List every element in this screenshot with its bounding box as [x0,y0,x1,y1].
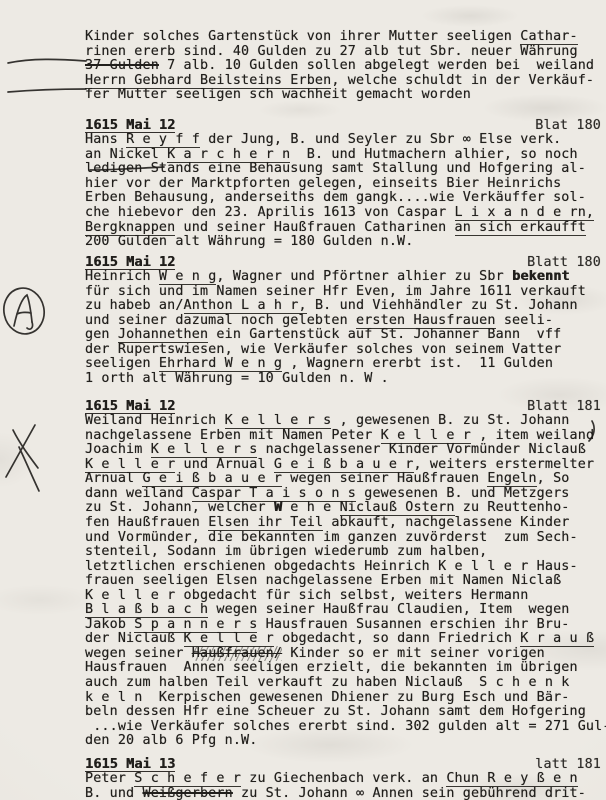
text-run: 37 Gulden [85,58,159,73]
text-line: den 20 alb 6 Pfg n.W. [85,734,601,749]
text-line: zu habeb an/Anthon L a h r, B. und Viehh… [85,299,601,314]
text-run: zu Giechenbach verk. an [241,771,446,786]
text-line: letztlichen erschienen obgedachts Heinri… [85,560,601,575]
text-run: , So [537,471,570,486]
text-line: frauen seeligen Elsen nachgelassene Erbe… [85,574,601,589]
text-run: der Rupertswiesen, wie Verkäufer solches… [85,342,561,357]
register-entry: 1615 Mai 13latt 181Peter S c h e f e r z… [85,758,601,800]
text-run: e h e [282,500,339,515]
text-line: Heinrich W e n g, Wagner und Pförtner al… [85,270,601,285]
text-line: 37 Gulden 7 alb. 10 Gulden sollen abgele… [85,59,601,74]
text-run: letztlichen erschienen obgedachts Heinri… [85,559,578,574]
text-run: Hans [85,132,126,147]
text-run: Kinder solches Gartenstück von ihrer Mut… [85,29,520,44]
text-line: fen Haußfrauen Elsen ihr Teil abkauft, n… [85,516,601,531]
text-run: Hausfrauen Annen seeligen erzielt, die b… [85,660,578,675]
text-run: W [274,500,282,515]
register-entry: 1615 Mai 12Blat 180Hans R e y f f der Ju… [85,119,601,250]
text-run: Peter [85,771,134,786]
document-body: Kinder solches Gartenstück von ihrer Mut… [85,30,601,800]
text-run: und seiner dazumal noch gelebten [85,313,356,328]
text-run: L i x a n d e rn, [455,205,595,221]
text-line: Kinder solches Gartenstück von ihrer Mut… [85,30,601,45]
text-run: sein gebührend drit- [414,786,586,800]
text-run: fer Mutter seeligen sch wachheit gemacht… [85,87,471,102]
entry-date: 1615 Mai 12 [85,400,175,415]
text-run: k e l n Kerpischen gewesenen Dhiener zu … [85,690,570,705]
text-line: stenteil, Sodann im übrigen wiederumb zu… [85,545,601,560]
text-line: B l a ß b a c h wegen seiner Haußfrau Cl… [85,603,601,618]
text-run: Hausfrauen Susannen erschien ihr Bru- [257,617,569,632]
text-run: dann weiland [85,486,192,501]
text-run: bekennt [512,269,569,284]
register-entries: 1615 Mai 12Blat 180Hans R e y f f der Ju… [85,119,601,800]
text-run: che hiebevor den 23. Aprilis 1613 von Ca… [85,205,455,220]
text-run: Erben Behausung, anderseiths dem gangk..… [85,190,586,205]
text-run: B. und Viehhändler zu St. Johann [307,298,578,313]
text-run: für sich und im Namen seiner Hfr Even, i… [85,284,586,299]
text-run: ein Gartenstück auf St. Johanner Bann vf… [208,327,561,342]
text-line: Herrn Gebhard Beilsteins Erben, welche s… [85,74,601,89]
text-line: 200 Gulden alt Währung = 180 Gulden n.W. [85,235,601,250]
text-run: , welche schuldt in der Verkäuf- [331,73,594,88]
text-run: hier vor der Marktpforten gelegen, einse… [85,176,561,191]
text-line: Hans R e y f f der Jung, B. und Seyler z… [85,133,601,148]
text-run: stenteil, Sodann im übrigen wiederumb zu… [85,544,487,559]
text-run: K e l l e r [184,631,274,647]
register-entry: 1615 Mai 12Blatt 181Weiland Heinrich K e… [85,400,601,749]
text-run: Weiland Heinrich [85,413,225,428]
text-line: seeligen Ehrhard W e n g , Wagnern ererb… [85,357,601,372]
text-run: , weiters erstermelter [414,457,595,472]
entry-blatt-number: Blatt 181 [527,400,601,415]
text-line: beln dessen Hfr eine Scheuer zu St. Joha… [85,705,601,720]
text-line: 1 orth alt Währung = 10 Gulden n. W . [85,372,601,387]
text-run: frauen seeligen Elsen nachgelassene Erbe… [85,573,561,588]
text-run: B. und [85,786,142,800]
text-run: auch zum halben Teil verkauft zu haben N… [85,675,570,690]
text-line: Hausfrauen Annen seeligen erzielt, die b… [85,661,601,676]
text-run: gen [85,327,118,342]
text-run: Arnual [85,471,142,486]
text-run: den 20 alb 6 Pfg n.W. [85,733,257,748]
text-run: und Arnual [175,457,274,472]
text-run: der Jung, B. und Seyler zu Sbr ∞ Else ve… [200,132,561,147]
text-run: obgedacht, so dann Friedrich [274,631,520,646]
text-run: ...wie Verkäufer solches ererbt sind. 30… [85,719,606,734]
text-line: fer Mutter seeligen sch wachheit gemacht… [85,88,601,103]
text-run: Haußfrauen/ [192,646,282,661]
text-run: Kinder so er mit seiner vorigen [282,646,545,661]
text-run: seeligen [85,356,159,371]
text-line: und Vormünder, die bekannten im ganzen z… [85,531,601,546]
text-run: gewesenen B. und Metzgers [356,486,570,501]
text-run: 1 orth alt Währung = 10 Gulden n. W . [85,371,389,386]
text-run: , Wagner und Pförtner alhier zu Sbr [216,269,512,284]
text-line: Erben Behausung, anderseiths dem gangk..… [85,191,601,206]
text-run: wegen seiner [85,646,192,661]
text-run: , Wagnern ererbt ist. 11 Gulden [282,356,553,371]
text-run: wegen seiner Haußfrauen [282,471,487,486]
text-run: beln dessen Hfr eine Scheuer zu St. Joha… [85,704,586,719]
text-line: gen Johannethen ein Gartenstück auf St. … [85,328,601,343]
text-run: nachgelassene Erben mit Namen Peter [85,428,381,443]
text-run: 200 Gulden alt Währung = 180 Gulden n.W. [85,234,413,249]
text-run: wegen seiner Haußfrau Claudien, Item weg… [208,602,569,617]
text-run: an sich erkaufft [455,220,586,236]
text-line: Joachim K e l l e r s nachgelassener Kin… [85,443,601,458]
text-run: ledigen Stands eine Behausung samt Stall… [85,161,586,176]
text-line: auch zum halben Teil verkauft zu haben N… [85,676,601,691]
text-run: Heinrich [85,269,159,284]
text-run: der Niclauß [85,631,184,646]
text-run: zu habeb an/ [85,298,184,313]
text-line: Peter S c h e f e r zu Giechenbach verk.… [85,772,601,787]
text-run: Weißgerbern [142,786,232,800]
text-line: Arnual G e i ß b a u e r wegen seiner Ha… [85,472,601,487]
text-line: che hiebevor den 23. Aprilis 1613 von Ca… [85,206,601,221]
text-run: rinen ererb sind. 40 Gulden zu 27 alb tu… [85,44,578,59]
text-run: , item weiland [471,428,594,443]
text-run: seeli- [496,313,553,328]
register-entry: 1615 Mai 12Blatt 180Heinrich W e n g, Wa… [85,256,601,387]
text-run: B. und Hutmachern alhier, so noch [290,147,577,162]
text-run: K e l l e r obgedacht für sich selbst, w… [85,588,528,603]
scanned-document-screenshot: { "page": { "kind": "scanned typewritten… [0,0,606,800]
text-run: , gewesenen B. zu St. Johann [331,413,569,428]
intro-paragraph: Kinder solches Gartenstück von ihrer Mut… [85,30,601,103]
text-run: Annen [372,786,413,800]
entry-header: 1615 Mai 12Blatt 181 [85,400,601,415]
text-line: Weiland Heinrich K e l l e r s , gewesen… [85,414,601,429]
text-run: abkauft, nachgelassene Kinder [323,515,569,530]
text-run: Joachim [85,442,151,457]
text-run: und seiner Haußfrauen Catharinen [175,220,454,235]
text-line: Bergknappen und seiner Haußfrauen Cathar… [85,221,601,236]
text-line: ledigen Stands eine Behausung samt Stall… [85,162,601,177]
text-line: ...wie Verkäufer solches ererbt sind. 30… [85,720,601,735]
text-run: nachgelassener Kinder Vormünder Niclauß [257,442,585,457]
text-line: B. und Weißgerbern zu St. Johann ∞ Annen… [85,787,601,800]
text-run: zu St. Johann ∞ [233,786,373,800]
text-line: zu St. Johann, welcher W e h e Niclauß O… [85,501,601,516]
text-line: rinen ererb sind. 40 Gulden zu 27 alb tu… [85,45,601,60]
text-run: zu Reuttenho- [455,500,570,515]
text-line: k e l n Kerpischen gewesenen Dhiener zu … [85,691,601,706]
text-run: Jakob [85,617,134,632]
text-run: fen Haußfrauen [85,515,208,530]
text-line: der Niclauß K e l l e r obgedacht, so da… [85,632,601,647]
text-run: 7 alb. 10 Gulden sollen abgelegt werden … [159,58,594,73]
text-run: und Vormünder, die bekannten im ganzen z… [85,530,578,545]
text-run: an Nickel [85,147,167,162]
text-run: zu St. Johann, welcher [85,500,274,515]
